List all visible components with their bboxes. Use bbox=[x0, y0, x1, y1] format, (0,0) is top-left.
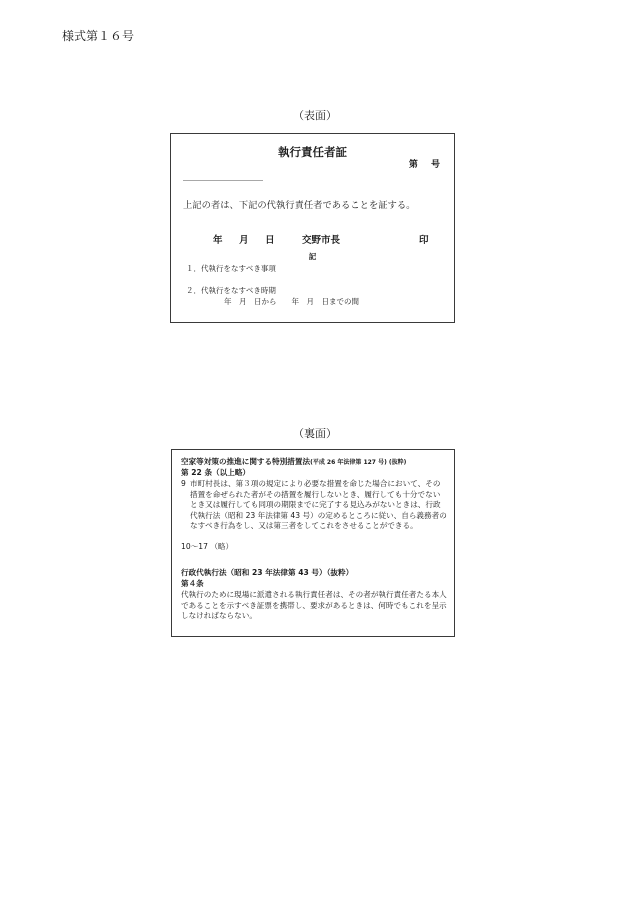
issue-date: 年 月 日 bbox=[213, 232, 275, 246]
law1-article: 第 22 条（以上略） bbox=[181, 468, 250, 479]
law1-title-text: 空家等対策の推進に関する特別措置法 bbox=[181, 457, 310, 466]
date-month: 月 bbox=[239, 232, 249, 246]
paragraph-number: 9 bbox=[181, 479, 186, 490]
law2-title: 行政代執行法（昭和 23 年法律第 43 号）（抜粋） bbox=[181, 568, 353, 579]
form-number: 様式第１６号 bbox=[62, 27, 134, 44]
item-matters: １．代執行をなすべき事項 bbox=[186, 263, 276, 274]
date-year: 年 bbox=[213, 232, 223, 246]
certificate-number: 第 号 bbox=[409, 157, 440, 170]
front-side-label: （表面） bbox=[0, 107, 630, 123]
period-range: 年 月 日から 年 月 日までの間 bbox=[224, 296, 359, 307]
seal-mark: 印 bbox=[419, 232, 429, 246]
law2-text: 代執行のために現場に派遣される執行責任者は、その者が執行責任者たる本人であること… bbox=[181, 590, 449, 622]
certificate-back-card: 空家等対策の推進に関する特別措置法(平成 26 年法律第 127 号) (抜粋)… bbox=[171, 449, 455, 637]
paragraph-text: 市町村長は、第３項の規定により必要な措置を命じた場合において、その措置を命ぜられ… bbox=[181, 479, 447, 532]
law1-paragraph-9: 9 市町村長は、第３項の規定により必要な措置を命じた場合において、その措置を命ぜ… bbox=[181, 479, 447, 532]
back-side-label: （裏面） bbox=[0, 425, 630, 441]
item-period: ２．代執行をなすべき時期 bbox=[186, 285, 276, 296]
name-underline bbox=[183, 180, 263, 181]
law1-title-note: (平成 26 年法律第 127 号) (抜粋) bbox=[310, 459, 406, 466]
date-day: 日 bbox=[265, 232, 275, 246]
certificate-statement: 上記の者は、下記の代執行責任者であることを証する。 bbox=[183, 197, 415, 211]
law1-title: 空家等対策の推進に関する特別措置法(平成 26 年法律第 127 号) (抜粋) bbox=[181, 457, 406, 469]
law2-article: 第４条 bbox=[181, 579, 204, 590]
issuer-mayor: 交野市長 bbox=[302, 232, 340, 246]
law1-omitted: 10～17 （略） bbox=[181, 542, 233, 553]
certificate-front-card: 執行責任者証 第 号 上記の者は、下記の代執行責任者であることを証する。 年 月… bbox=[170, 133, 455, 323]
ki-heading: 記 bbox=[171, 251, 454, 262]
